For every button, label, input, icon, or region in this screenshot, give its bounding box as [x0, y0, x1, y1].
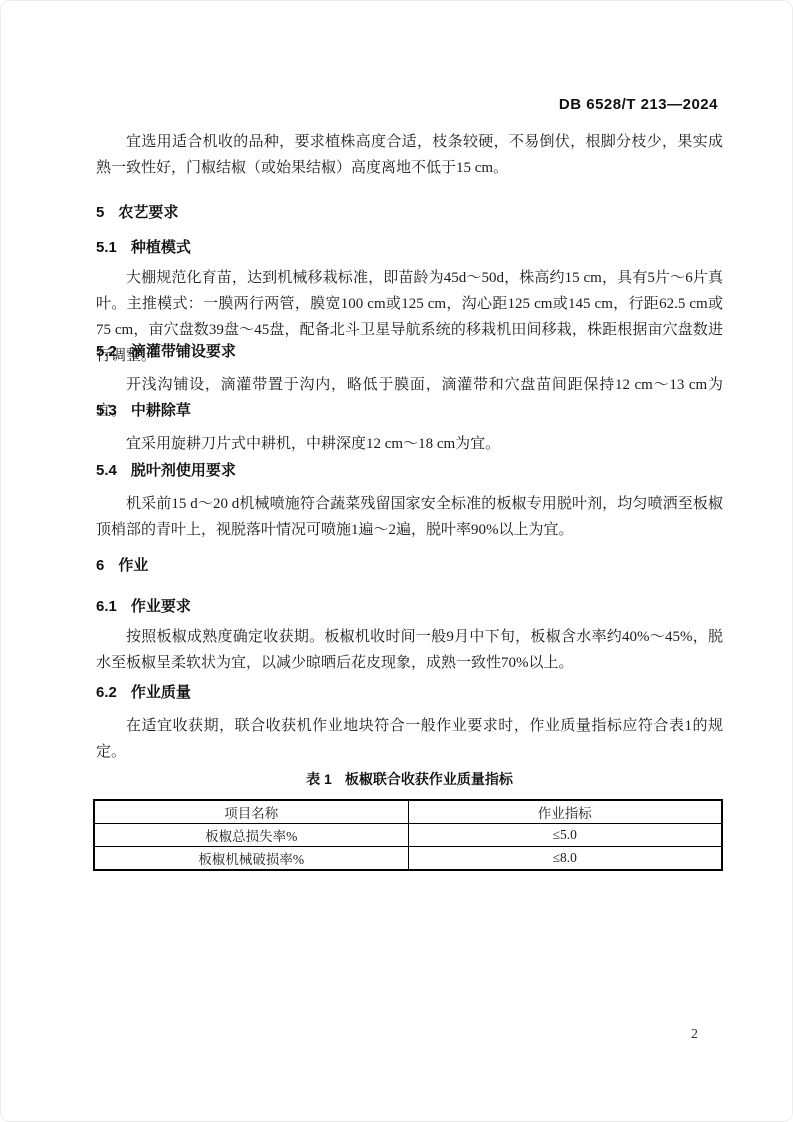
- table-caption-label: 表 1: [306, 771, 332, 787]
- table-caption-title: 板椒联合收获作业质量指标: [345, 771, 513, 787]
- section-number: 6: [96, 557, 104, 574]
- section-5-4-heading: 5.4脱叶剂使用要求: [96, 462, 723, 480]
- subsection-number: 6.1: [96, 598, 117, 615]
- section-5-1-heading: 5.1种植模式: [96, 239, 723, 257]
- standard-code: DB 6528/T 213—2024: [559, 96, 718, 113]
- table-header-row: 项目名称 作业指标: [94, 800, 722, 824]
- table-cell-value: ≤8.0: [408, 847, 722, 871]
- subsection-number: 6.2: [96, 684, 117, 701]
- section-5-3-paragraph: 宜采用旋耕刀片式中耕机，中耕深度12 cm～18 cm为宜。: [96, 431, 723, 457]
- document-page: DB 6528/T 213—2024 宜选用适合机收的品种，要求植株高度合适，枝…: [0, 0, 793, 1122]
- subsection-title: 作业要求: [131, 598, 191, 615]
- subsection-number: 5.4: [96, 462, 117, 479]
- section-6-1-paragraph: 按照板椒成熟度确定收获期。板椒机收时间一般9月中下旬，板椒含水率约40%～45%…: [96, 624, 723, 676]
- subsection-number: 5.2: [96, 343, 117, 360]
- subsection-number: 5.3: [96, 402, 117, 419]
- section-6-2-heading: 6.2作业质量: [96, 684, 723, 702]
- section-5-heading: 5农艺要求: [96, 204, 723, 222]
- table-col-header-item: 项目名称: [94, 800, 408, 824]
- section-5-2-heading: 5.2滴灌带铺设要求: [96, 343, 723, 361]
- subsection-title: 作业质量: [131, 684, 191, 701]
- table-cell-item: 板椒机械破损率%: [94, 847, 408, 871]
- table-1: 项目名称 作业指标 板椒总损失率% ≤5.0 板椒机械破损率% ≤8.0: [93, 799, 723, 871]
- section-number: 5: [96, 204, 104, 221]
- table-cell-value: ≤5.0: [408, 824, 722, 847]
- section-6-heading: 6作业: [96, 557, 723, 575]
- intro-paragraph: 宜选用适合机收的品种，要求植株高度合适，枝条较硬，不易倒伏，根脚分枝少，果实成熟…: [96, 129, 723, 181]
- section-title: 农艺要求: [118, 204, 178, 221]
- section-6-2-paragraph: 在适宜收获期，联合收获机作业地块符合一般作业要求时，作业质量指标应符合表1的规定…: [96, 713, 723, 765]
- section-title: 作业: [118, 557, 148, 574]
- table-row: 板椒机械破损率% ≤8.0: [94, 847, 722, 871]
- subsection-title: 中耕除草: [131, 402, 191, 419]
- subsection-title: 种植模式: [131, 239, 191, 256]
- section-5-3-heading: 5.3中耕除草: [96, 402, 723, 420]
- page-number: 2: [691, 1027, 698, 1043]
- section-6-1-heading: 6.1作业要求: [96, 598, 723, 616]
- table-1-caption: 表 1板椒联合收获作业质量指标: [96, 769, 723, 789]
- section-5-4-paragraph: 机采前15 d～20 d机械喷施符合蔬菜残留国家安全标准的板椒专用脱叶剂，均匀喷…: [96, 491, 723, 543]
- subsection-number: 5.1: [96, 239, 117, 256]
- subsection-title: 滴灌带铺设要求: [131, 343, 236, 360]
- subsection-title: 脱叶剂使用要求: [131, 462, 236, 479]
- table-cell-item: 板椒总损失率%: [94, 824, 408, 847]
- table-col-header-indicator: 作业指标: [408, 800, 722, 824]
- table-row: 板椒总损失率% ≤5.0: [94, 824, 722, 847]
